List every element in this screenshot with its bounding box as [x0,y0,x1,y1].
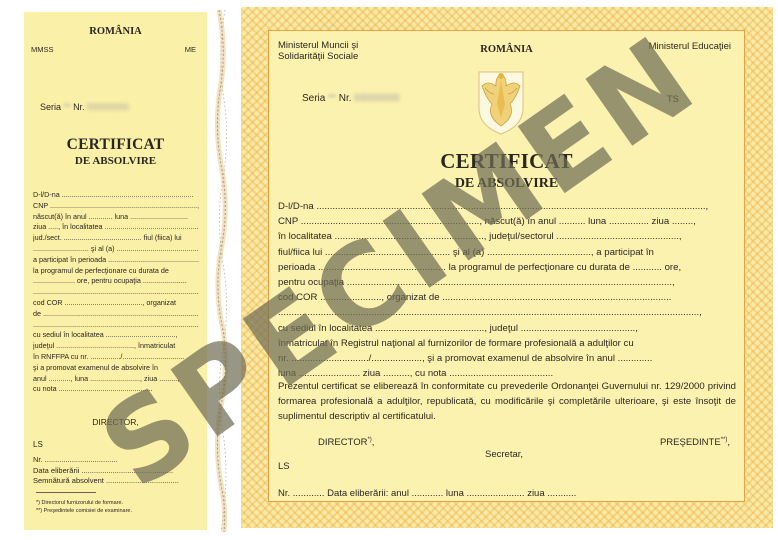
stub-field-line: de .....................................… [33,309,199,320]
ts-label: TS [667,94,679,105]
stub-subtitle: DE ABSOLVIRE [24,155,207,167]
number-label: Nr. [339,93,352,104]
stub-field-line: a participat în perioada ...............… [33,255,199,266]
president-label: PREŞEDINTE [660,437,721,448]
certificate-subtitle: DE ABSOLVIRE [269,176,744,192]
legal-statement: Prezentul certificat se eliberează în co… [278,379,736,425]
field-line: pentru ocupaţia ........................… [278,275,736,290]
director-signature-label: DIRECTOR*), [318,437,374,448]
stub-ls-label: LS [33,440,43,449]
stub-title: CERTIFICAT [24,136,207,154]
stub-serial: Seria ** Nr. 0000000 [40,102,129,112]
footnote: *) Directorul furnizorului de formare. [36,499,132,507]
field-line: cod COR ......................., organiz… [278,290,736,305]
stub-field-line: ..................... ore, pentru ocupaţ… [33,276,199,287]
stub-field-line: judeţul ................................… [33,341,199,352]
stub-director-label: DIRECTOR, [24,417,207,427]
stub-field-line: jud./sect. .............................… [33,233,199,244]
stub-fields: D-l/D-na ...............................… [33,190,199,395]
field-line: în localitatea .........................… [278,229,736,244]
field-line: perioada ...............................… [278,260,736,275]
stub-field-line: şi a promovat examenul de absolvire în [33,363,199,374]
president-signature-label: PREŞEDINTE**), [660,437,730,448]
stub-bottom-fields: Nr. ................................... … [33,455,199,487]
certificate-stub: ROMÂNIA MMSS ME Seria ** Nr. 0000000 CER… [24,12,207,530]
stub-bottom-line: Data eliberării ........................… [33,466,199,477]
stub-ministry-left: MMSS [31,45,54,54]
stub-field-line: ziua ....., în localitatea .............… [33,222,199,233]
serial-label: Seria [302,93,325,104]
certificate-serial: Seria ** Nr. 0000000 [302,93,400,104]
serial-label: Seria [40,102,61,112]
president-footnote-mark: **) [721,437,728,443]
director-label: DIRECTOR [318,437,367,448]
stub-ministry-right: ME [185,45,196,54]
stub-field-line: D-l/D-na ...............................… [33,190,199,201]
certificate-inner-panel: Ministerul Muncii şi Solidarităţii Socia… [268,30,745,502]
field-line: nr. ............................./......… [278,351,736,366]
stub-field-line: cod COR ................................… [33,298,199,309]
stub-field-line: ........................................… [33,320,199,331]
stub-bottom-line: Semnătură absolvent ....................… [33,476,199,487]
issue-date-line: Nr. ............ Data eliberării: anul .… [278,488,576,499]
field-line: CNP ....................................… [278,214,736,229]
field-line: cu sediul în localitatea ...............… [278,321,736,336]
stub-field-line: născut(ă) în anul ............ luna ....… [33,212,199,223]
stub-field-line: la programul de perfecţionare cu durata … [33,266,199,277]
stub-field-line: CNP ....................................… [33,201,199,212]
certificate-main: Ministerul Muncii şi Solidarităţii Socia… [241,7,773,528]
stub-field-line: cu sediul în localitatea ...............… [33,330,199,341]
stub-field-line: ........................................… [33,287,199,298]
secretary-signature-label: Secretar, [485,449,523,460]
field-line: ........................................… [278,305,736,320]
stub-field-line: în RNFFPA cu nr. .............../.......… [33,352,199,363]
footnote-divider [36,492,96,493]
stub-bottom-line: Nr. ................................... [33,455,199,466]
field-line: D-l/D-na ...............................… [278,199,736,214]
director-footnote-mark: *) [367,437,371,443]
number-label: Nr. [73,102,85,112]
stub-field-line: cu nota ................................… [33,384,199,395]
serial-number-redacted: 0000000 [354,93,400,104]
serial-series-redacted: ** [328,93,336,104]
perforation-line [212,10,234,532]
ls-label: LS [278,461,290,472]
ministry-education: Ministerul Educaţiei [649,41,731,52]
field-line: fiul/fiica lui .........................… [278,245,736,260]
field-line: înmatriculat în Registrul naţional al fu… [278,336,736,351]
stub-country: ROMÂNIA [24,26,207,37]
serial-number-redacted: 0000000 [87,102,129,112]
certificate-title: CERTIFICAT [269,149,744,174]
certificate-fields: D-l/D-na ...............................… [278,199,736,381]
romanian-coat-of-arms-icon [476,64,526,136]
stub-footnotes: *) Directorul furnizorului de formare. *… [36,499,132,515]
serial-series-redacted: ** [64,102,71,112]
stub-field-line: anul ..........., luna .................… [33,374,199,385]
footnote: **) Preşedintele comisiei de examinare. [36,507,132,515]
stub-field-line: ............................ şi al (a) .… [33,244,199,255]
